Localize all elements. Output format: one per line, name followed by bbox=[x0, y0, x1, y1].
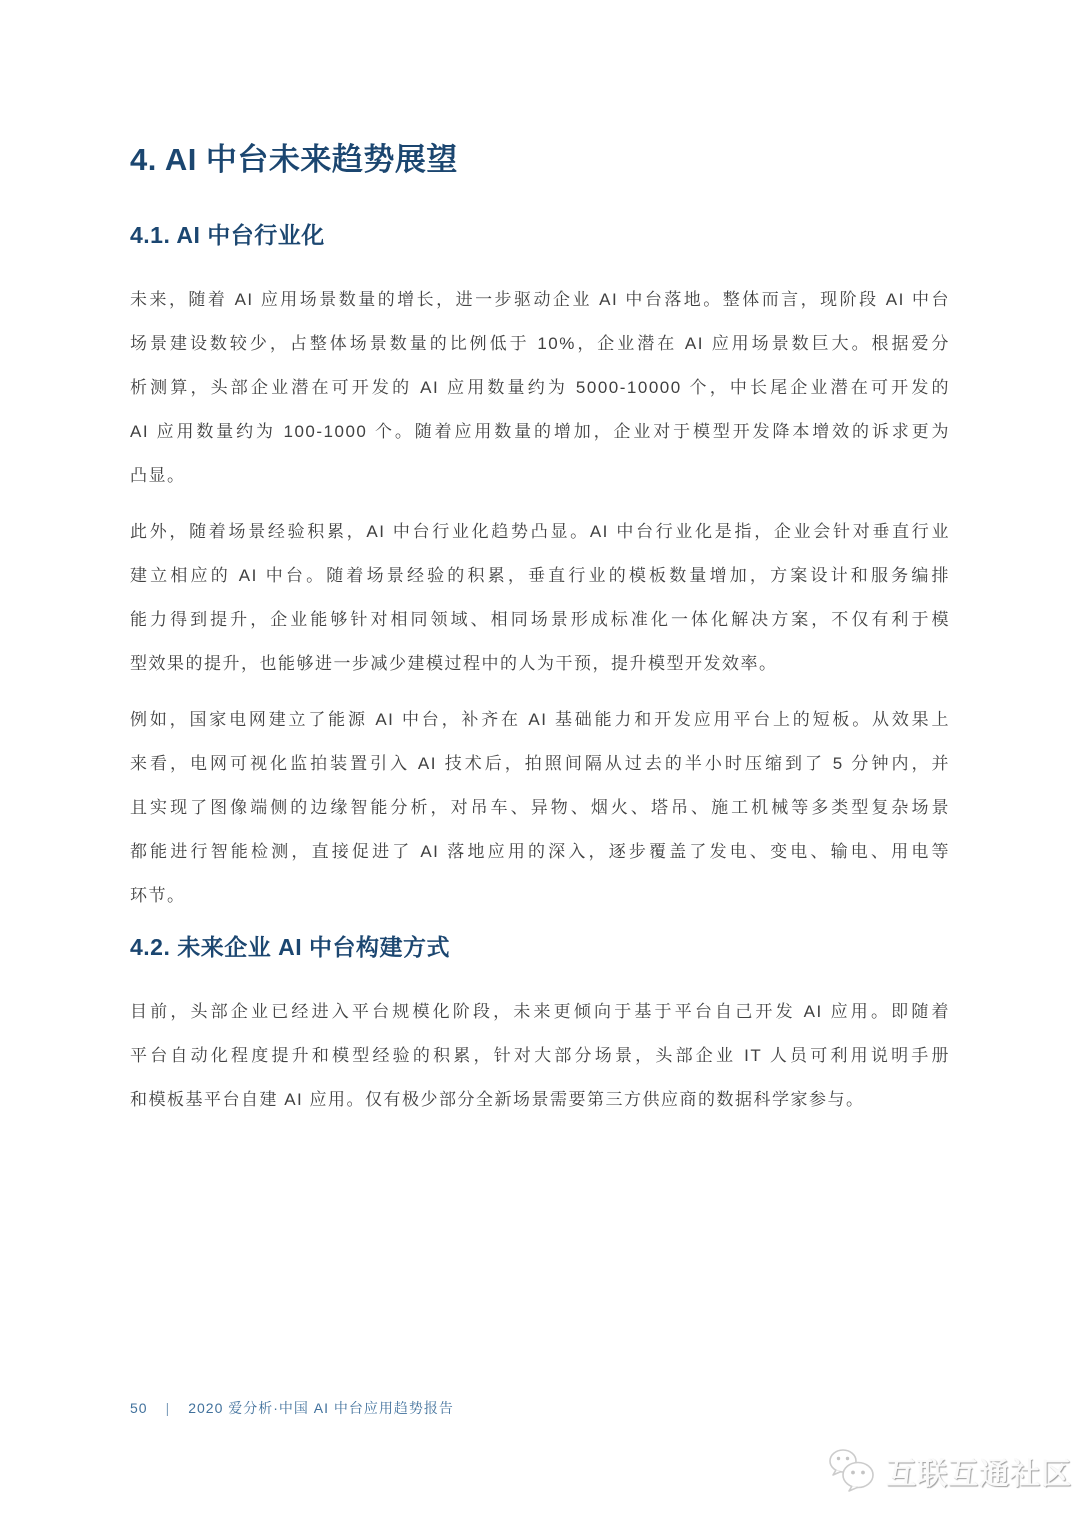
text-line: 凸显。 bbox=[130, 454, 950, 498]
text-line: 和模板基平台自建 AI 应用。仅有极少部分全新场景需要第三方供应商的数据科学家参… bbox=[130, 1078, 950, 1122]
section-heading-4-1: 4.1. AI 中台行业化 bbox=[130, 220, 950, 250]
text-line: 能力得到提升，企业能够针对相同领域、相同场景形成标准化一体化解决方案，不仅有利于… bbox=[130, 598, 950, 642]
paragraph-3: 例如，国家电网建立了能源 AI 中台，补齐在 AI 基础能力和开发应用平台上的短… bbox=[130, 698, 950, 918]
page-content: 4. AI 中台未来趋势展望 4.1. AI 中台行业化 未来，随着 AI 应用… bbox=[0, 0, 1080, 1122]
section-heading-4-2: 4.2. 未来企业 AI 中台构建方式 bbox=[130, 932, 950, 962]
text-line: 且实现了图像端侧的边缘智能分析，对吊车、异物、烟火、塔吊、施工机械等多类型复杂场… bbox=[130, 786, 950, 830]
chapter-title: 4. AI 中台未来趋势展望 bbox=[130, 140, 950, 180]
paragraph-1: 未来，随着 AI 应用场景数量的增长，进一步驱动企业 AI 中台落地。整体而言，… bbox=[130, 278, 950, 498]
text-line: 未来，随着 AI 应用场景数量的增长，进一步驱动企业 AI 中台落地。整体而言，… bbox=[130, 278, 950, 322]
page-number: 50 bbox=[130, 1400, 148, 1416]
text-line: AI 应用数量约为 100-1000 个。随着应用数量的增加，企业对于模型开发降… bbox=[130, 410, 950, 454]
paragraph-4: 目前，头部企业已经进入平台规模化阶段，未来更倾向于基于平台自己开发 AI 应用。… bbox=[130, 990, 950, 1122]
page-footer: 50 | 2020 爱分析·中国 AI 中台应用趋势报告 bbox=[130, 1398, 454, 1418]
text-line: 环节。 bbox=[130, 874, 950, 918]
text-line: 目前，头部企业已经进入平台规模化阶段，未来更倾向于基于平台自己开发 AI 应用。… bbox=[130, 990, 950, 1034]
text-line: 平台自动化程度提升和模型经验的积累，针对大部分场景，头部企业 IT 人员可利用说… bbox=[130, 1034, 950, 1078]
watermark-text: 互联互通社区 bbox=[886, 1449, 1072, 1493]
watermark: 互联互通社区 bbox=[828, 1448, 1072, 1494]
text-line: 此外，随着场景经验积累，AI 中台行业化趋势凸显。AI 中台行业化是指，企业会针… bbox=[130, 510, 950, 554]
paragraph-2: 此外，随着场景经验积累，AI 中台行业化趋势凸显。AI 中台行业化是指，企业会针… bbox=[130, 510, 950, 686]
text-line: 都能进行智能检测，直接促进了 AI 落地应用的深入，逐步覆盖了发电、变电、输电、… bbox=[130, 830, 950, 874]
text-line: 建立相应的 AI 中台。随着场景经验的积累，垂直行业的模板数量增加，方案设计和服… bbox=[130, 554, 950, 598]
text-line: 例如，国家电网建立了能源 AI 中台，补齐在 AI 基础能力和开发应用平台上的短… bbox=[130, 698, 950, 742]
footer-separator: | bbox=[166, 1400, 171, 1416]
report-page: 4. AI 中台未来趋势展望 4.1. AI 中台行业化 未来，随着 AI 应用… bbox=[0, 0, 1080, 1526]
text-line: 场景建设数较少，占整体场景数量的比例低于 10%，企业潜在 AI 应用场景数巨大… bbox=[130, 322, 950, 366]
text-line: 析测算，头部企业潜在可开发的 AI 应用数量约为 5000-10000 个，中长… bbox=[130, 366, 950, 410]
footer-report-title: 2020 爱分析·中国 AI 中台应用趋势报告 bbox=[188, 1398, 454, 1418]
wechat-icon bbox=[828, 1448, 878, 1494]
text-line: 来看，电网可视化监拍装置引入 AI 技术后，拍照间隔从过去的半小时压缩到了 5 … bbox=[130, 742, 950, 786]
text-line: 型效果的提升，也能够进一步减少建模过程中的人为干预，提升模型开发效率。 bbox=[130, 642, 950, 686]
